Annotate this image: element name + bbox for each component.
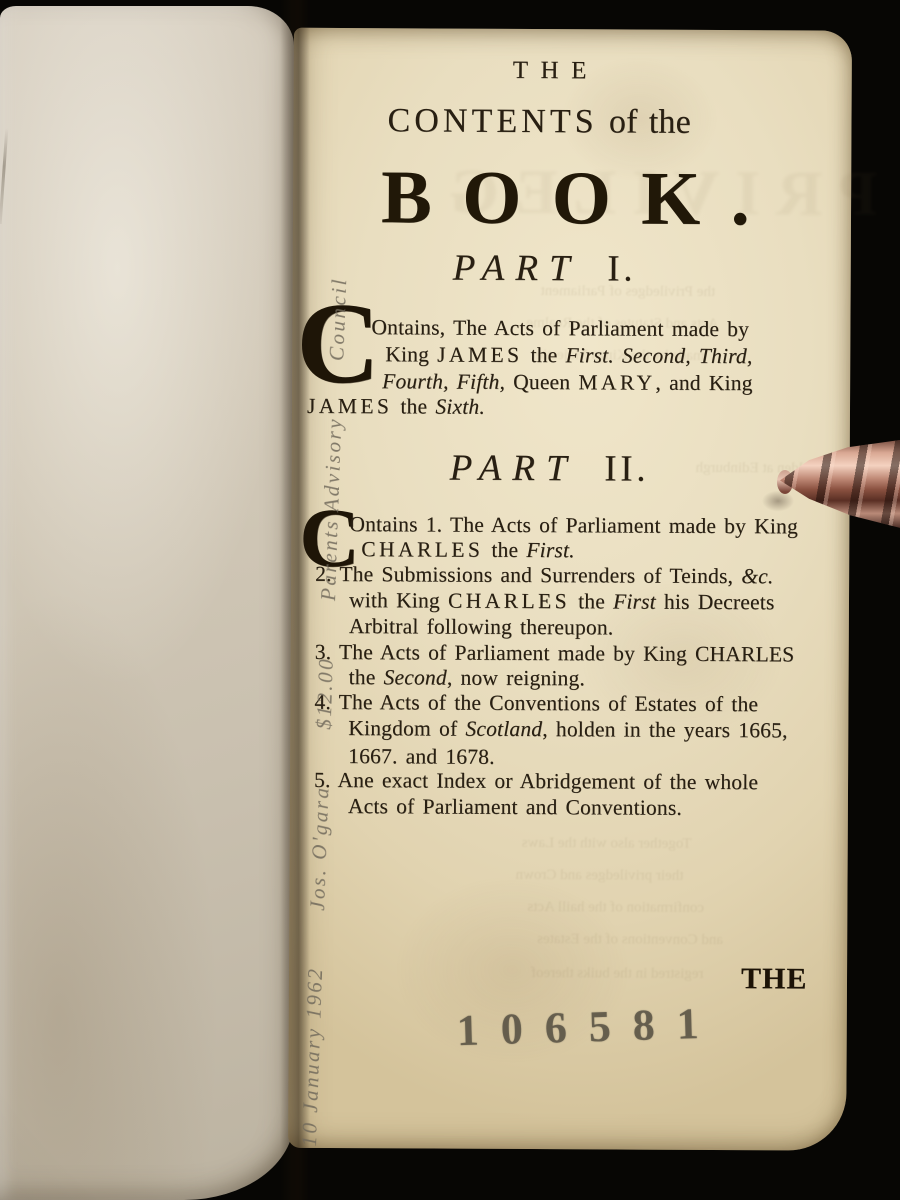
part2-line: Acts of Parliament and Conventions. — [348, 794, 682, 821]
showthrough-line: their priviledges and Crown — [516, 867, 684, 885]
text-segment: the — [349, 665, 384, 689]
part2-line: 2. The Submissions and Surrenders of Tei… — [315, 562, 773, 589]
book-photo: PRIVILEG the Priviledges of Parliament A… — [0, 0, 900, 1200]
contents-page: PRIVILEG the Priviledges of Parliament A… — [288, 28, 852, 1151]
part2-line: 3. The Acts of Parliament made by King C… — [315, 640, 795, 668]
showthrough-line: confirmation of the haill Acts — [527, 899, 704, 917]
part2-line: CHARLES the First. — [361, 537, 575, 563]
showthrough-line: Together also with the Laws — [522, 835, 692, 853]
text-segment: Parents Advisory — [316, 416, 346, 601]
part2-line: 5. Ane exact Index or Abridgement of the… — [314, 768, 758, 795]
catchword: THE — [741, 962, 808, 996]
text-segment: &c. — [741, 564, 773, 588]
text-segment: his Decreets — [656, 590, 775, 615]
title-the: THE — [513, 57, 599, 85]
text-segment: the — [392, 394, 435, 418]
text-segment: 5. Ane exact Index or Abridgement of the… — [314, 768, 758, 794]
text-segment: Jos. O'gara — [305, 785, 333, 911]
part2-line: the Second, now reigning. — [349, 665, 586, 691]
text-segment: the — [522, 343, 565, 367]
part1-line: Ontains, The Acts of Parliament made by — [371, 315, 749, 342]
text-segment: CONTENTS — [387, 102, 597, 140]
text-segment: , and King — [655, 371, 752, 396]
text-segment: of the — [598, 103, 691, 140]
text-segment: 1667. and 1678. — [348, 744, 495, 769]
part2-line: with King CHARLES the First his Decreets — [349, 588, 775, 615]
title-contents: CONTENTS of the — [387, 102, 691, 142]
text-segment: JAMES — [307, 394, 392, 418]
part2-line: Arbitral following thereupon. — [349, 614, 614, 640]
text-segment: JAMES — [437, 343, 522, 367]
part2-line: Ontains 1. The Acts of Parliament made b… — [349, 512, 798, 539]
text-segment: II. — [589, 448, 650, 489]
text-segment: Acts of Parliament and Conventions. — [348, 794, 682, 820]
text-segment: Second — [383, 665, 446, 689]
text-segment: Ontains, The Acts of Parliament made by — [371, 315, 749, 341]
text-segment: CHARLES — [448, 589, 570, 614]
text-segment: King — [385, 342, 437, 366]
left-blank-page — [0, 6, 294, 1200]
text-segment: Fourth, Fifth, — [382, 369, 505, 394]
text-segment: Arbitral following thereupon. — [349, 614, 614, 639]
part1-heading: PART I. — [453, 247, 637, 291]
text-segment: First. Second, Third, — [565, 343, 752, 368]
text-segment: $12.00 — [312, 656, 339, 730]
text-segment: , now reigning. — [447, 666, 585, 691]
text-segment: , holden in the years 1665, — [542, 717, 788, 742]
showthrough-line: and Conventions of the Estates — [537, 931, 723, 949]
text-segment: PART — [453, 248, 581, 290]
part1-line: Fourth, Fifth, Queen MARY, and King — [382, 369, 753, 396]
part2-line: Kingdom of Scotland, holden in the years… — [348, 716, 787, 743]
text-segment: I. — [592, 248, 637, 289]
showthrough-line: registred in the buiks thereof — [531, 965, 704, 983]
part2-line: 4. The Acts of the Conventions of Estate… — [314, 690, 758, 717]
part2-heading: PART II. — [450, 447, 650, 491]
text-segment: Council — [324, 277, 351, 362]
text-segment: Ontains 1. The Acts of Parliament made b… — [349, 512, 798, 538]
text-segment: 4. The Acts of the Conventions of Estate… — [314, 690, 758, 716]
text-segment: First — [613, 589, 656, 613]
part1-line: King JAMES the First. Second, Third, — [385, 342, 752, 369]
part2-line: 1667. and 1678. — [348, 744, 495, 770]
text-segment: the — [483, 538, 526, 562]
text-segment: MARY — [578, 370, 655, 394]
text-segment: Queen — [505, 370, 578, 394]
title-book: BOOK. — [381, 154, 780, 243]
text-segment: the — [570, 589, 613, 613]
text-segment: 2. The Submissions and Surrenders of Tei… — [315, 562, 741, 588]
text-segment: Scotland — [465, 717, 542, 741]
pen-shadow — [755, 486, 801, 516]
text-segment: with King — [349, 588, 448, 613]
text-segment: First. — [526, 538, 575, 562]
text-segment: CHARLES — [361, 537, 483, 562]
text-segment: PART — [450, 448, 578, 490]
text-segment: Kingdom of — [348, 716, 465, 741]
text-segment: Sixth. — [435, 395, 485, 419]
text-segment: 3. The Acts of Parliament made by King C… — [315, 640, 795, 667]
text-segment: 10 January 1962 — [297, 966, 327, 1147]
accession-stamp: 106581 — [456, 997, 721, 1056]
